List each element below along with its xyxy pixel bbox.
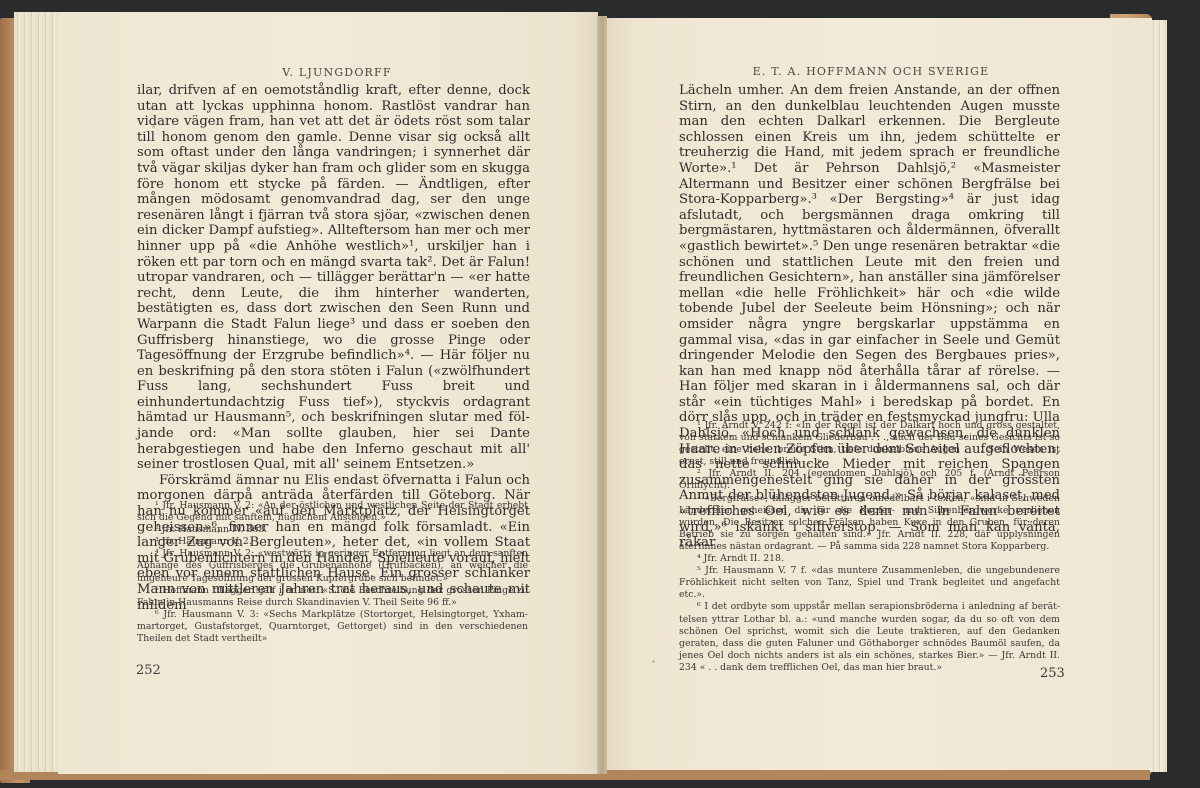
page-edges-left [14,12,60,772]
footnote: ² Jfr. Hausmann IV. 363. [137,524,528,536]
footnote: ¹ Jfr. Hausmann V. 2: «An der östlichen … [137,500,528,524]
running-head-right: E. T. A. HOFFMANN OCH SVERIGE [679,65,1063,78]
footnote: ⁴ Jfr. Arndt II. 218. [679,553,1060,565]
footnote: ⁴ Jfr. Hausmann V. 2: «westwärts in geri… [137,548,528,584]
paragraph: ilar, drifven af en oemotståndlig kraft,… [137,83,530,473]
book-gutter [597,16,607,774]
footnote: ⁶ Jfr. Hausmann V. 3: «Sechs Markplätze … [137,609,528,645]
footnote: ⁶ I det ordbyte som uppstår mellan serap… [679,601,1060,674]
page-number-left: 252 [136,663,161,678]
footnote: ¹ Jfr. Arndt V. 242 f: «In der Regel ist… [679,420,1060,468]
left-footnotes: ¹ Jfr. Hausmann V. 2: «An der östlichen … [137,500,528,645]
running-head-left: V. LJUNGDORFF [137,66,537,79]
right-footnotes: ¹ Jfr. Arndt V. 242 f: «In der Regel ist… [679,420,1060,674]
paper-speck [652,660,655,663]
footnote: ⁵ Hoffmann tillägger själf i en not: «S.… [137,585,528,609]
page-edges-right [1150,20,1167,772]
footnote: ⁵ Jfr. Hausmann V. 7 f. «das muntere Zus… [679,565,1060,601]
paper-speck [152,125,155,128]
footnote: ³ «Bergfrälse», tillägger berättaren ome… [679,493,1060,553]
footnote: ² Jfr. Arndt II. 204 (egendomen Dahlsjö)… [679,468,1060,492]
footnote: ³ Jfr. Hausmann V. 2. [137,536,528,548]
page-number-right: 253 [1040,666,1065,681]
